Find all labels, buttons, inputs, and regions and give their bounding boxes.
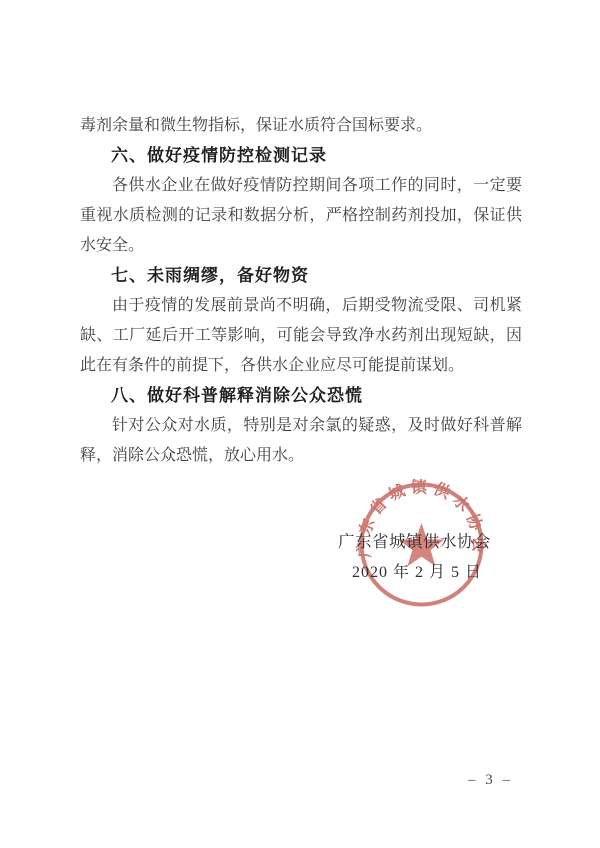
text-line: 重视水质检测的记录和数据分析，严格控制药剂投加，保证供 — [80, 201, 522, 231]
text-line: 由于疫情的发展前景尚不明确，后期受物流受限、司机紧 — [80, 291, 522, 321]
section-heading-7: 七、未雨绸缪，备好物资 — [80, 261, 522, 291]
text-line: 各供水企业在做好疫情防控期间各项工作的同时，一定要 — [80, 171, 522, 201]
text-line: 毒剂余量和微生物指标，保证水质符合国标要求。 — [80, 111, 522, 141]
text-line: 此在有条件的前提下，各供水企业应尽可能提前谋划。 — [80, 351, 522, 381]
page-number: – 3 – — [468, 772, 513, 789]
text-line: 针对公众对水质，特别是对余氯的疑惑，及时做好科普解 — [80, 411, 522, 441]
text-line: 缺、工厂延后开工等影响，可能会导致净水药剂出现短缺，因 — [80, 321, 522, 351]
text-line: 释，消除公众恐慌，放心用水。 — [80, 441, 522, 471]
section-heading-8: 八、做好科普解释消除公众恐慌 — [80, 381, 522, 411]
document-body: 毒剂余量和微生物指标，保证水质符合国标要求。 六、做好疫情防控检测记录 各供水企… — [80, 111, 522, 471]
document-page: 毒剂余量和微生物指标，保证水质符合国标要求。 六、做好疫情防控检测记录 各供水企… — [0, 0, 600, 848]
section-heading-6: 六、做好疫情防控检测记录 — [80, 141, 522, 171]
text-line: 水安全。 — [80, 231, 522, 261]
signature-organization: 广东省城镇供水协会 — [338, 528, 491, 552]
signature-date: 2020 年 2 月 5 日 — [352, 559, 482, 582]
